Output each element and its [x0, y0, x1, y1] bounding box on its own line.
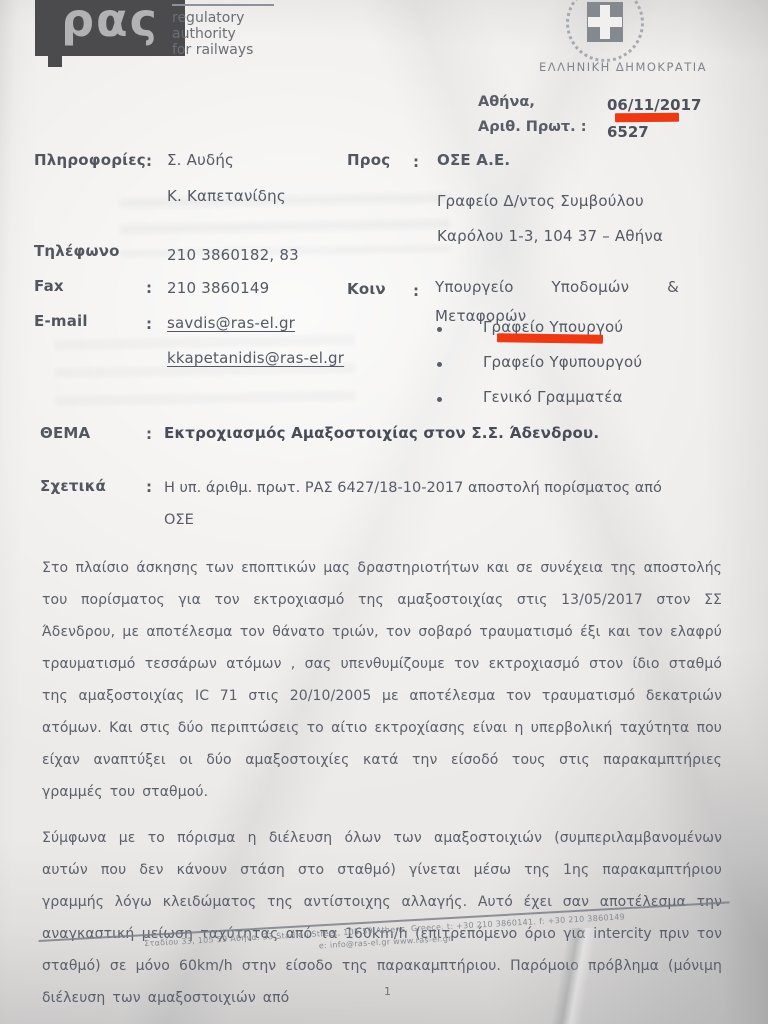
- fax-value: 210 3860149: [167, 279, 269, 297]
- info-colon: :: [146, 152, 152, 170]
- phone-value: 210 3860182, 83: [167, 246, 299, 264]
- to-colon: :: [413, 153, 419, 171]
- cc-label: Κοιν: [347, 280, 386, 298]
- bullet-icon: [437, 327, 442, 332]
- emblem-cross: [588, 17, 622, 27]
- email-colon: :: [146, 315, 152, 333]
- minister-office-highlight-marker: [497, 333, 603, 343]
- to-line: Γραφείο Δ/ντος Συμβούλου: [437, 192, 644, 210]
- to-line: Καρόλου 1-3, 104 37 – Αθήνα: [437, 227, 663, 245]
- logo-tagline: regulatory authority for railways: [172, 10, 253, 58]
- fax-colon: :: [146, 279, 152, 297]
- bullet-icon: [437, 362, 442, 367]
- fax-label: Fax: [34, 277, 64, 295]
- city-label: Αθήνα,: [478, 94, 535, 110]
- hellenic-republic-caption: ΕΛΛΗΝΙΚΗ ΔΗΜΟΚΡΑΤΙΑ: [528, 60, 718, 74]
- email-label: E-mail: [34, 312, 88, 330]
- phone-label: Τηλέφωνο: [34, 242, 120, 260]
- to-label: Προς: [347, 151, 390, 169]
- info-label: Πληροφορίες: [34, 151, 146, 169]
- info-name: Σ. Αυδής: [167, 151, 234, 169]
- ras-logo-descender: [48, 56, 62, 67]
- info-name: Κ. Καπετανίδης: [167, 187, 286, 205]
- ras-logo-text: ρας: [61, 0, 159, 40]
- scanned-letter-page: ρας regulatory authority for railways ΕΛ…: [0, 0, 768, 1024]
- reference-value: Η υπ. άριθμ. πρωτ. ΡΑΣ 6427/18-10-2017 α…: [164, 472, 679, 536]
- bleed-through-mark: [54, 335, 355, 406]
- letterhead-rule: [172, 4, 274, 6]
- body-paragraph: Στο πλαίσιο άσκησης των εποπτικών μας δρ…: [42, 552, 722, 808]
- greek-emblem-icon: [566, 0, 644, 62]
- letter-date: 06/11/2017: [607, 96, 701, 114]
- email-address: kkapetanidis@ras-el.gr: [167, 349, 344, 367]
- page-number: 1: [384, 985, 391, 998]
- ras-logo: ρας: [35, 0, 185, 56]
- to-line: ΟΣΕ Α.Ε.: [437, 151, 510, 169]
- bullet-icon: [437, 397, 442, 402]
- cc-colon: :: [413, 282, 419, 300]
- reference-colon: :: [146, 478, 152, 496]
- date-highlight-marker: [615, 113, 679, 123]
- emblem-shield: [587, 2, 623, 42]
- subject-colon: :: [146, 425, 152, 443]
- protocol-number: 6527: [607, 123, 649, 141]
- subject-label: ΘΕΜΑ: [40, 424, 90, 442]
- reference-label: Σχετικά: [40, 477, 106, 495]
- cc-bullet-item: Γραφείο Υφυπουργού: [483, 353, 642, 371]
- cc-bullet-item: Γενικό Γραμματέα: [483, 388, 623, 406]
- email-address: savdis@ras-el.gr: [167, 314, 295, 332]
- protocol-label: Αριθ. Πρωτ. :: [478, 119, 587, 135]
- subject-value: Εκτροχιασμός Αμαξοστοιχίας στον Σ.Σ. Άδε…: [164, 424, 599, 442]
